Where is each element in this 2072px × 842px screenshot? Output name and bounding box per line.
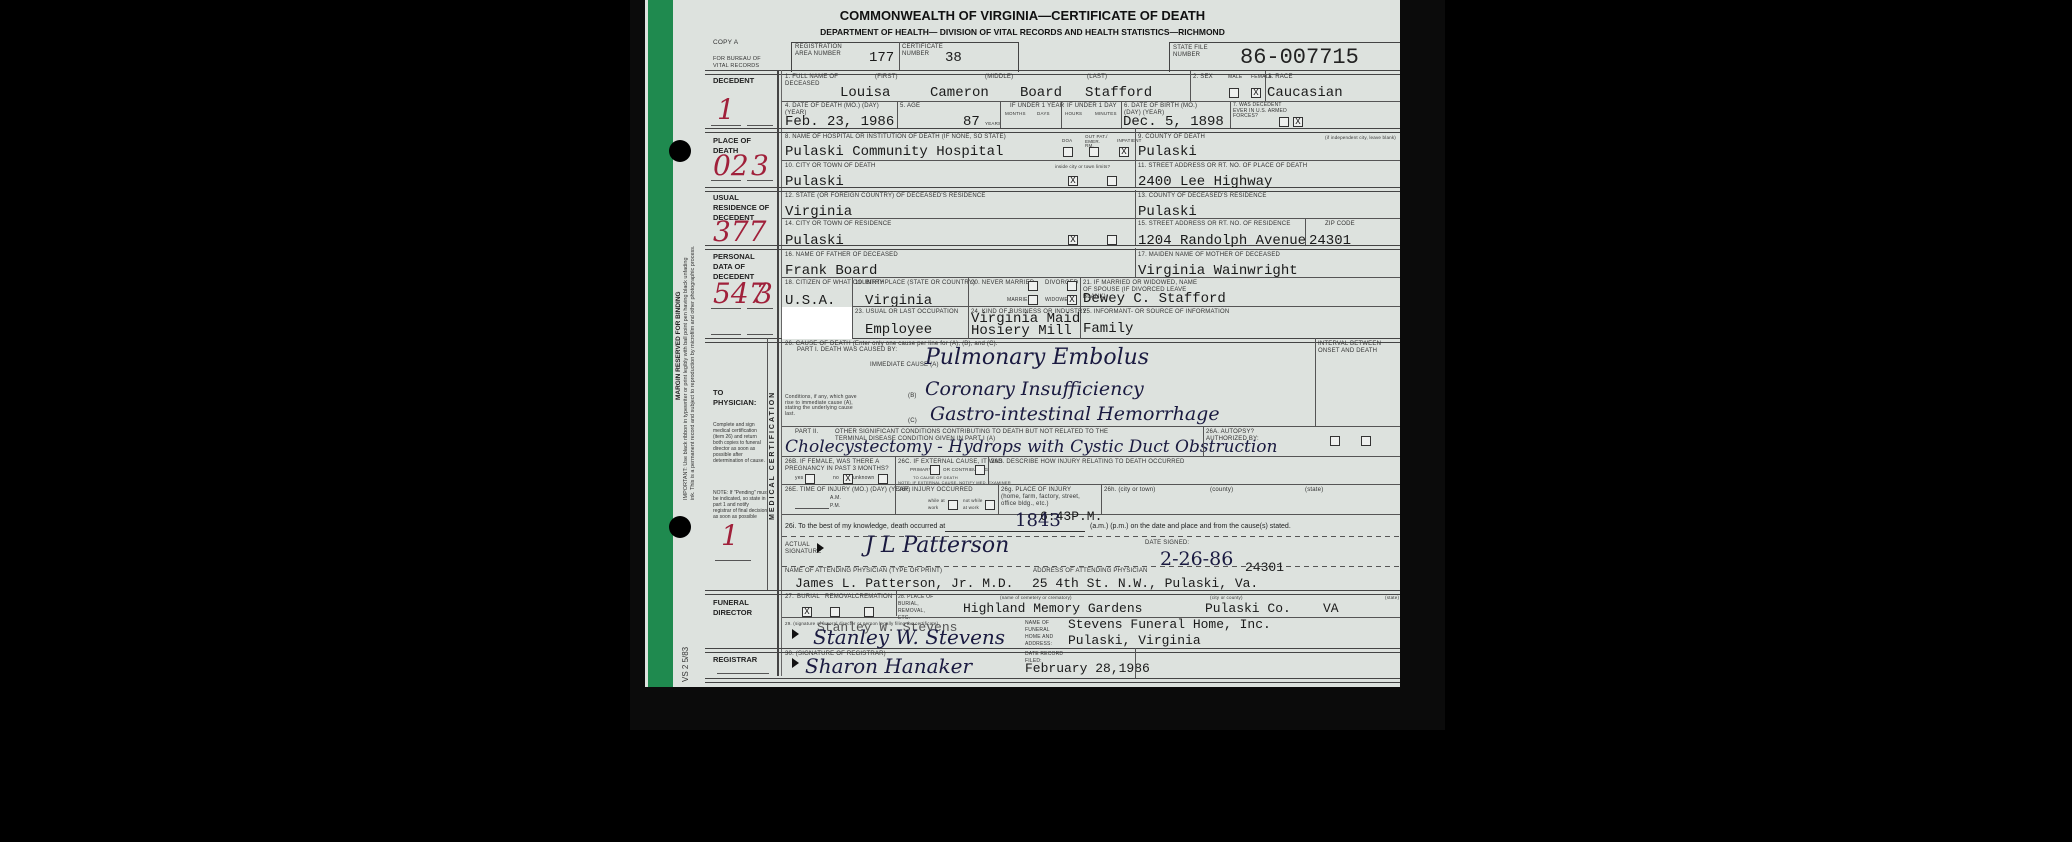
- pregnancy-yes-label: yes: [795, 475, 803, 482]
- city-of-death-label: 10. CITY OR TOWN OF DEATH: [785, 163, 876, 170]
- death-statement-prefix: 26i. To the best of my knowledge, death …: [785, 523, 945, 530]
- primary-label: PRIMARY: [910, 466, 932, 473]
- place-of-injury-label: 26g. PLACE OF INJURY (home, farm, factor…: [1001, 487, 1091, 508]
- funeral-home-label: NAME OF FUNERAL HOME AND ADDRESS:: [1025, 620, 1065, 648]
- state-file-label: STATE FILE NUMBER: [1173, 45, 1213, 59]
- document-subtitle: DEPARTMENT OF HEALTH— DIVISION OF VITAL …: [645, 27, 1400, 37]
- inside-limits-label: inside city or town limits?: [1055, 163, 1110, 170]
- married-checkbox[interactable]: [1028, 295, 1038, 305]
- physician-name: James L. Patterson, Jr. M.D.: [795, 576, 1013, 592]
- cemetery-state: VA: [1323, 601, 1339, 617]
- arrow-icon: [792, 629, 799, 639]
- section-to-physician: TO PHYSICIAN:: [713, 388, 763, 408]
- occupation-label: 23. USUAL OR LAST OCCUPATION: [855, 309, 958, 316]
- binding-margin-label: MARGIN RESERVED FOR BINDING: [675, 291, 682, 400]
- days-label: days: [1037, 110, 1050, 117]
- hours-label: hours: [1065, 110, 1082, 117]
- death-street-label: 11. STREET ADDRESS OR RT. NO. OF PLACE O…: [1138, 163, 1307, 170]
- removal-label: REMOVAL: [825, 594, 855, 601]
- inside-limits-no-checkbox[interactable]: [1107, 176, 1117, 186]
- bureau-label: FOR BUREAU OF VITAL RECORDS: [713, 56, 773, 70]
- not-while-at-work-checkbox[interactable]: [985, 500, 995, 510]
- physician-address: 25 4th St. N.W., Pulaski, Va.: [1032, 576, 1258, 592]
- first-label: (first): [875, 74, 898, 81]
- injury-occurred-label: 26f. INJURY OCCURRED: [898, 487, 973, 494]
- pregnancy-label: 26b. IF FEMALE, WAS THERE A PREGNANCY IN…: [785, 459, 890, 473]
- maiden-name: Board: [1020, 85, 1062, 101]
- hospital-label: 8. NAME OF HOSPITAL OR INSTITUTION OF DE…: [785, 134, 1006, 141]
- doa-checkbox[interactable]: [1063, 147, 1073, 157]
- code-medical: 1: [721, 522, 739, 550]
- pregnancy-no-label: no: [833, 475, 839, 482]
- residence-city-label: 14. CITY OR TOWN OF RESIDENCE: [785, 221, 892, 228]
- cemetery-county: Pulaski Co.: [1205, 601, 1291, 617]
- redacted-ssn-field: [782, 307, 852, 339]
- pregnancy-unknown-checkbox[interactable]: [878, 474, 888, 484]
- code-place-b: 3: [751, 152, 769, 180]
- section-decedent: DECEDENT: [713, 76, 754, 86]
- cemetery-label: (name of cemetery or crematory): [1000, 594, 1072, 601]
- business-line-2: Hosiery Mill: [971, 325, 1072, 337]
- city-of-death: Pulaski: [785, 174, 844, 190]
- physician-address-label: ADDRESS OF ATTENDING PHYSICIAN: [1033, 568, 1148, 575]
- punch-hole-icon: [669, 140, 691, 162]
- state-label: (state): [1385, 594, 1399, 601]
- middle-label: (middle): [985, 74, 1013, 81]
- middle-name: Cameron: [930, 85, 989, 101]
- cause-c: Gastro-intestinal Hemorrhage: [930, 403, 1220, 425]
- inside-limits-yes-checkbox[interactable]: X: [1068, 176, 1078, 186]
- age: 87: [963, 114, 980, 130]
- registration-area-label: REGISTRATION AREA NUMBER: [795, 44, 855, 58]
- conditions-note: Conditions, if any, which gave rise to i…: [785, 395, 860, 417]
- while-at-work-checkbox[interactable]: [948, 500, 958, 510]
- cemetery-name: Highland Memory Gardens: [963, 601, 1142, 617]
- city-county-label: (city or county): [1210, 594, 1243, 601]
- sex-label: 2. SEX: [1193, 74, 1213, 81]
- armed-forces-no-checkbox[interactable]: X: [1293, 117, 1303, 127]
- arrow-icon: [792, 658, 799, 668]
- burial-label: BURIAL: [797, 594, 820, 601]
- first-name: Louisa: [840, 85, 890, 101]
- time-of-death-handwritten: 1843: [1015, 510, 1061, 531]
- part1-label: PART I. DEATH WAS CAUSED BY:: [797, 347, 897, 354]
- cause-b: Coronary Insufficiency: [925, 378, 1144, 400]
- state-file-number: 86-007715: [1240, 45, 1359, 70]
- age-label: 5. AGE: [900, 103, 920, 110]
- death-certificate: COMMONWEALTH OF VIRGINIA—CERTIFICATE OF …: [645, 0, 1400, 687]
- physician-signature: J L Patterson: [865, 533, 1009, 558]
- cremation-label: CREMATION: [855, 594, 892, 601]
- race-label: 3. RACE: [1268, 74, 1293, 81]
- date-of-death: Feb. 23, 1986: [785, 114, 894, 130]
- funeral-home-line-1: Stevens Funeral Home, Inc.: [1068, 617, 1271, 633]
- never-married-checkbox[interactable]: [1028, 281, 1038, 291]
- doa-label: DOA: [1062, 137, 1072, 144]
- code-residence: 377: [713, 218, 766, 246]
- occupation: Employee: [865, 322, 932, 338]
- race: Caucasian: [1267, 85, 1343, 101]
- residence-inside-no-checkbox[interactable]: [1107, 235, 1117, 245]
- code-place-a: 02: [713, 152, 749, 180]
- signature-label: ACTUAL SIGNATURE: [785, 542, 815, 556]
- county-of-death: Pulaski: [1138, 144, 1197, 160]
- mother-label: 17. MAIDEN NAME OF MOTHER OF DECEASED: [1138, 252, 1280, 259]
- residence-state-label: 12. STATE (OR FOREIGN COUNTRY) OF DECEAS…: [785, 193, 986, 200]
- contributing-checkbox[interactable]: [975, 465, 985, 475]
- inpatient-checkbox[interactable]: X: [1119, 147, 1129, 157]
- physician-instructions: Complete and sign medical certification …: [713, 422, 768, 464]
- date-of-birth: Dec. 5, 1898: [1123, 114, 1224, 130]
- code-personal-b: 3: [755, 280, 773, 308]
- divorced-checkbox[interactable]: [1067, 281, 1077, 291]
- important-note-2: ink. This is a permanent record and subj…: [690, 245, 696, 500]
- spouse-name: Dewey C. Stafford: [1083, 291, 1226, 307]
- residence-street: 1204 Randolph Avenue: [1138, 233, 1306, 249]
- residence-city: Pulaski: [785, 233, 844, 249]
- arrow-icon: [817, 543, 824, 553]
- cause-b-label: (B): [908, 393, 917, 400]
- medical-certification-label: MEDICAL CERTIFICATION: [769, 391, 776, 520]
- sex-female-checkbox[interactable]: X: [1251, 88, 1261, 98]
- last-name: Stafford: [1085, 85, 1152, 101]
- time-of-injury-label: 26e. TIME OF INJURY (mo.) (day) (year): [785, 487, 911, 494]
- pregnancy-yes-checkbox[interactable]: [805, 474, 815, 484]
- injury-description-label: 26d. DESCRIBE HOW INJURY RELATING TO DEA…: [991, 459, 1185, 466]
- death-statement-suffix: (a.m.) (p.m.) on the date and place and …: [1090, 523, 1291, 530]
- section-registrar: REGISTRAR: [713, 655, 757, 665]
- armed-forces-yes-checkbox[interactable]: [1279, 117, 1289, 127]
- last-label: (last): [1087, 74, 1107, 81]
- injury-state-label: (state): [1305, 487, 1323, 494]
- funeral-home-line-2: Pulaski, Virginia: [1068, 633, 1201, 649]
- removal-checkbox[interactable]: [830, 607, 840, 617]
- never-married-label: 20. NEVER MARRIED: [971, 280, 1034, 287]
- pending-note: NOTE: If "Pending" must be indicated, so…: [713, 490, 768, 520]
- physician-name-label: NAME OF ATTENDING PHYSICIAN (Type or Pri…: [785, 568, 942, 575]
- widowed-checkbox[interactable]: X: [1067, 295, 1077, 305]
- residence-inside-yes-checkbox[interactable]: X: [1068, 235, 1078, 245]
- important-note-1: IMPORTANT: Use black ribbon in typewrite…: [683, 257, 689, 500]
- full-name-label: 1. FULL NAME OF DECEASED: [785, 74, 845, 88]
- male-label: male: [1228, 74, 1242, 81]
- residence-street-label: 15. STREET ADDRESS OR RT. NO. OF RESIDEN…: [1138, 221, 1291, 228]
- minutes-label: minutes: [1095, 110, 1117, 117]
- cremation-checkbox[interactable]: [864, 607, 874, 617]
- birthplace-label: 19. BIRTHPLACE (state or country): [855, 280, 975, 287]
- interval-label: INTERVAL BETWEEN ONSET AND DEATH: [1318, 341, 1398, 355]
- death-street-address: 2400 Lee Highway: [1138, 174, 1272, 190]
- cause-a: Pulmonary Embolus: [925, 345, 1149, 370]
- injury-county-label: (county): [1210, 487, 1233, 494]
- injury-city-label: 26h. (city or town): [1104, 487, 1155, 494]
- date-signed-label: DATE SIGNED:: [1145, 540, 1189, 547]
- informant-label: 25. INFORMANT- OR SOURCE OF INFORMATION: [1083, 309, 1229, 316]
- informant: Family: [1083, 321, 1133, 337]
- am-label: A.M.: [830, 495, 841, 502]
- zip-label: ZIP CODE: [1325, 221, 1355, 228]
- residence-county-label: 13. COUNTY OF DECEASED'S RESIDENCE: [1138, 193, 1267, 200]
- zip-code: 24301: [1309, 233, 1351, 249]
- part2-label: PART II.: [795, 429, 819, 436]
- cause-c-label: (C): [908, 418, 917, 425]
- form-code: VS 2 5/83: [681, 647, 690, 682]
- autopsy-yes-checkbox[interactable]: [1330, 436, 1340, 446]
- county-of-death-label: 9. COUNTY OF DEATH: [1138, 134, 1205, 141]
- certificate-number: 38: [945, 50, 962, 66]
- age-unit: years: [985, 120, 1001, 127]
- pm-label: P.M.: [830, 503, 840, 510]
- hospital-name: Pulaski Community Hospital: [785, 144, 1003, 160]
- while-at-work-label: while at work: [928, 497, 950, 511]
- under-1-day-label: IF UNDER 1 DAY: [1067, 103, 1117, 110]
- pregnancy-unknown-label: unknown: [853, 475, 874, 482]
- autopsy-label: 26a. AUTOPSY? AUTHORIZED BY:: [1206, 429, 1271, 443]
- director-signature: Stanley W. Stevens: [813, 625, 1005, 649]
- months-label: months: [1005, 110, 1026, 117]
- burial-checkbox[interactable]: X: [802, 607, 812, 617]
- disposition-label: 27.: [785, 594, 794, 601]
- under-1-year-label: IF UNDER 1 YEAR: [1010, 103, 1064, 110]
- date-filed: February 28,1986: [1025, 661, 1150, 677]
- green-binding-strip: [648, 0, 673, 687]
- autopsy-no-checkbox[interactable]: [1361, 436, 1371, 446]
- outpatient-checkbox[interactable]: [1089, 147, 1099, 157]
- section-funeral-director: FUNERAL DIRECTOR: [713, 598, 773, 618]
- sex-male-checkbox[interactable]: [1229, 88, 1239, 98]
- county-note: (if independent city, leave blank): [1325, 134, 1396, 141]
- father-label: 16. NAME OF FATHER OF DECEASED: [785, 252, 898, 259]
- registration-area-number: 177: [869, 50, 894, 66]
- physician-zip: 24301: [1245, 560, 1284, 576]
- punch-hole-icon: [669, 516, 691, 538]
- copy-label: COPY A: [713, 39, 738, 46]
- registrar-signature: Sharon Hanaker: [805, 654, 972, 678]
- document-title: COMMONWEALTH OF VIRGINIA—CERTIFICATE OF …: [645, 8, 1400, 23]
- code-decedent: 1: [717, 96, 735, 124]
- pregnancy-no-checkbox[interactable]: X: [843, 474, 853, 484]
